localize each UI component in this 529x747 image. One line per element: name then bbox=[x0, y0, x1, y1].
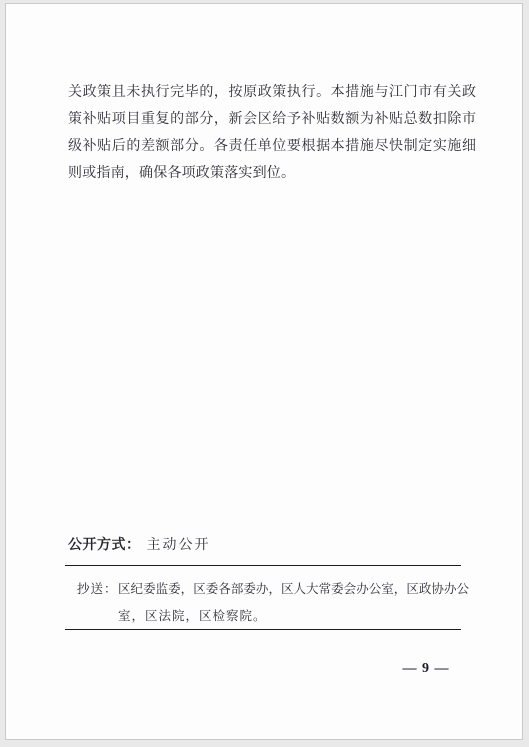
paragraph-line: 关政策且未执行完毕的，按原政策执行。本措施与江门市有关政 bbox=[68, 79, 476, 106]
paragraph-line: 级补贴后的差额部分。各责任单位要根据本措施尽快制定实施细 bbox=[68, 133, 476, 160]
disclosure-method-label: 公开方式： bbox=[68, 538, 141, 553]
cc-label: 抄送： bbox=[77, 576, 118, 630]
body-paragraph: 关政策且未执行完毕的，按原政策执行。本措施与江门市有关政 策补贴项目重复的部分，… bbox=[68, 79, 476, 187]
paragraph-line: 则或指南，确保各项政策落实到位。 bbox=[68, 160, 476, 187]
page-number: — 9 — bbox=[396, 661, 456, 677]
screenshot-root: { "document": { "body_paragraph_lines": … bbox=[0, 0, 529, 747]
cc-top-rule bbox=[65, 565, 461, 566]
cc-content: 区纪委监委，区委各部委办，区人大常委会办公室，区政协办公 室，区法院，区检察院。 bbox=[118, 576, 469, 630]
document-page: 关政策且未执行完毕的，按原政策执行。本措施与江门市有关政 策补贴项目重复的部分，… bbox=[5, 3, 523, 740]
disclosure-method-row: 公开方式：主动公开 bbox=[68, 535, 476, 557]
paragraph-line: 策补贴项目重复的部分，新会区给予补贴数额为补贴总数扣除市 bbox=[68, 106, 476, 133]
cc-bottom-rule bbox=[65, 629, 461, 630]
cc-block: 抄送： 区纪委监委，区委各部委办，区人大常委会办公室，区政协办公 室，区法院，区… bbox=[77, 576, 469, 630]
disclosure-method-value: 主动公开 bbox=[147, 538, 211, 553]
cc-line: 室，区法院，区检察院。 bbox=[118, 603, 469, 630]
cc-line: 区纪委监委，区委各部委办，区人大常委会办公室，区政协办公 bbox=[118, 576, 469, 603]
